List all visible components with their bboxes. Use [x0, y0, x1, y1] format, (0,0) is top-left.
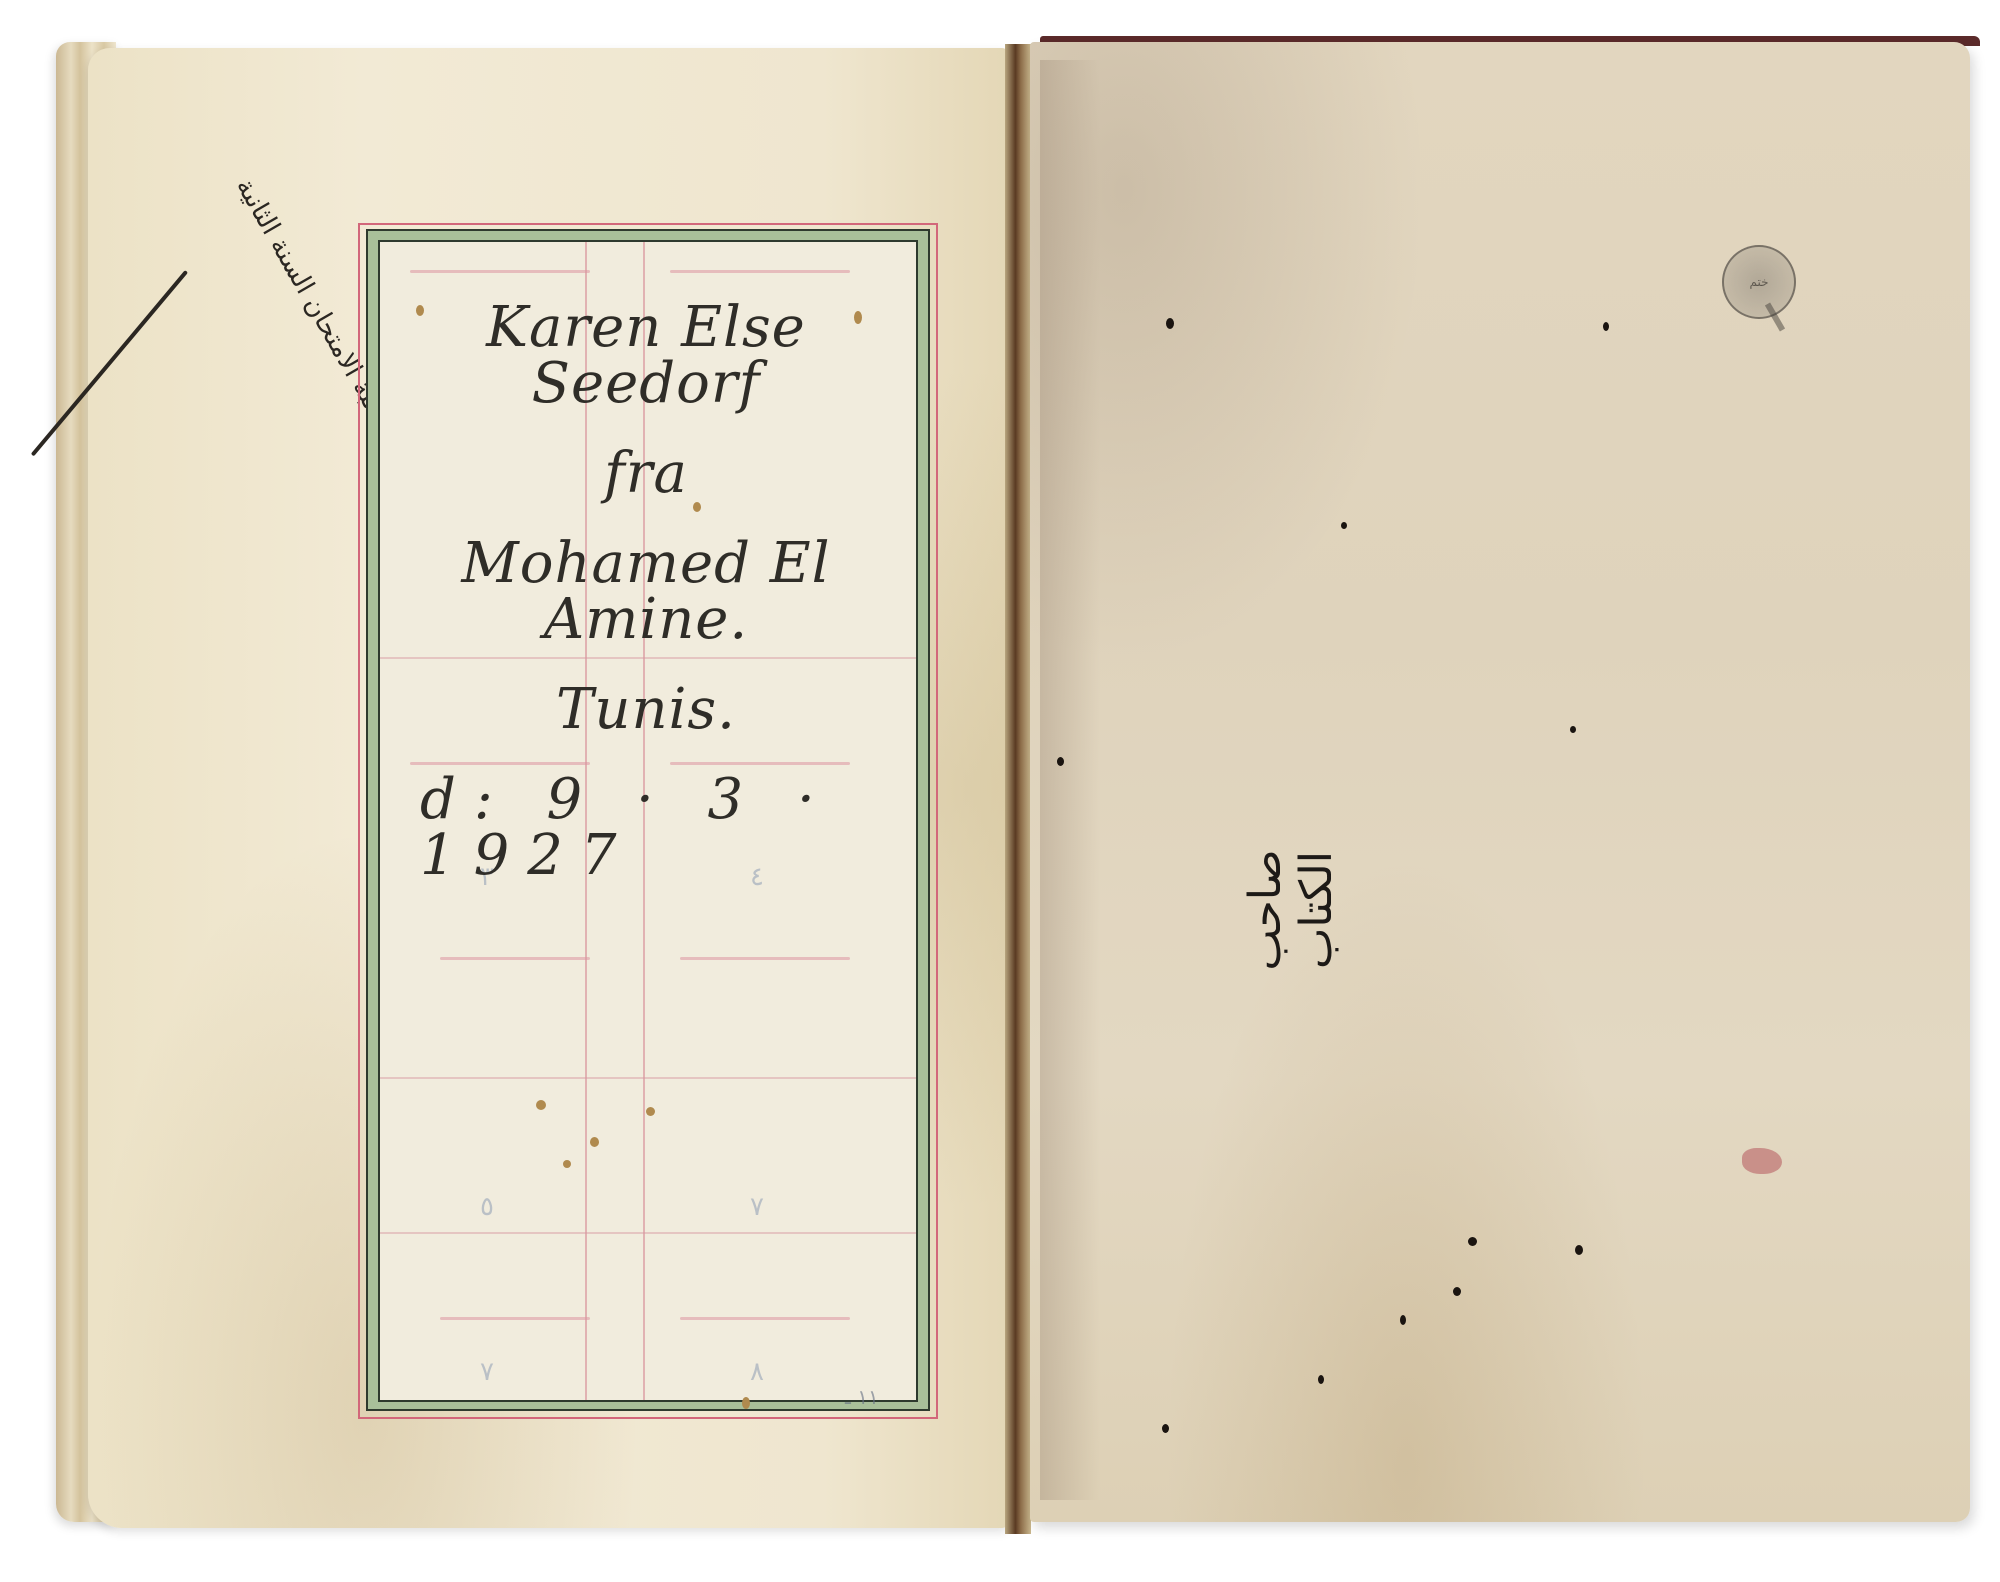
- open-book-photo: بمناسبة الامتحان السنة الثانية ٣ ٤ ٥ ٧ ٧…: [0, 0, 2000, 1582]
- worm-hole: [1468, 1237, 1477, 1246]
- worm-hole: [693, 502, 701, 512]
- inscription-giver: Mohamed El Amine.: [380, 536, 912, 648]
- book-gutter: [1005, 44, 1031, 1534]
- worm-hole: [1603, 322, 1609, 331]
- faint-table-number: ٧: [750, 1192, 764, 1222]
- faint-rule: [670, 270, 850, 273]
- worm-hole: [416, 305, 424, 316]
- inscription-place: Tunis.: [380, 682, 912, 738]
- faint-table-number: ٧: [480, 1357, 494, 1387]
- ownership-arabic-note: صاحب الكتاب: [1240, 790, 1300, 1030]
- inscription-date: d: 9 · 3 · 1927: [380, 772, 912, 884]
- faint-table-number: ٥: [480, 1192, 494, 1222]
- pink-stain: [1742, 1148, 1782, 1174]
- worm-hole: [1400, 1315, 1406, 1325]
- inscription-fra: fra: [380, 446, 912, 502]
- water-stain: [1040, 60, 1100, 1500]
- worm-hole: [1570, 726, 1576, 733]
- worm-hole: [1162, 1424, 1169, 1433]
- faint-rule: [410, 270, 590, 273]
- table-rule: [380, 1232, 916, 1234]
- faint-rule: [440, 957, 590, 960]
- faint-table-number: ٨: [750, 1357, 764, 1387]
- worm-hole: [1166, 318, 1174, 329]
- worm-hole: [563, 1160, 571, 1168]
- worm-hole: [1575, 1245, 1583, 1255]
- faint-rule: [680, 1317, 850, 1320]
- faint-rule: [680, 957, 850, 960]
- worm-hole: [590, 1137, 599, 1147]
- worm-hole: [536, 1100, 546, 1110]
- bottom-pencil-note: ١١ ـ: [845, 1385, 879, 1409]
- table-rule: [380, 1077, 916, 1079]
- faint-rule: [440, 1317, 590, 1320]
- dedication-inscription: Karen Else Seedorf fra Mohamed El Amine.…: [380, 300, 912, 918]
- worm-hole: [1318, 1375, 1324, 1384]
- worm-hole: [646, 1107, 655, 1116]
- worm-hole: [1453, 1287, 1461, 1296]
- worm-hole: [1341, 522, 1347, 529]
- ownership-seal-stamp: ختم: [1722, 245, 1796, 319]
- worm-hole: [1057, 757, 1064, 766]
- right-page: [1030, 42, 1970, 1522]
- worm-hole: [742, 1397, 750, 1409]
- worm-hole: [854, 311, 862, 324]
- inscription-recipient: Karen Else Seedorf: [380, 300, 912, 412]
